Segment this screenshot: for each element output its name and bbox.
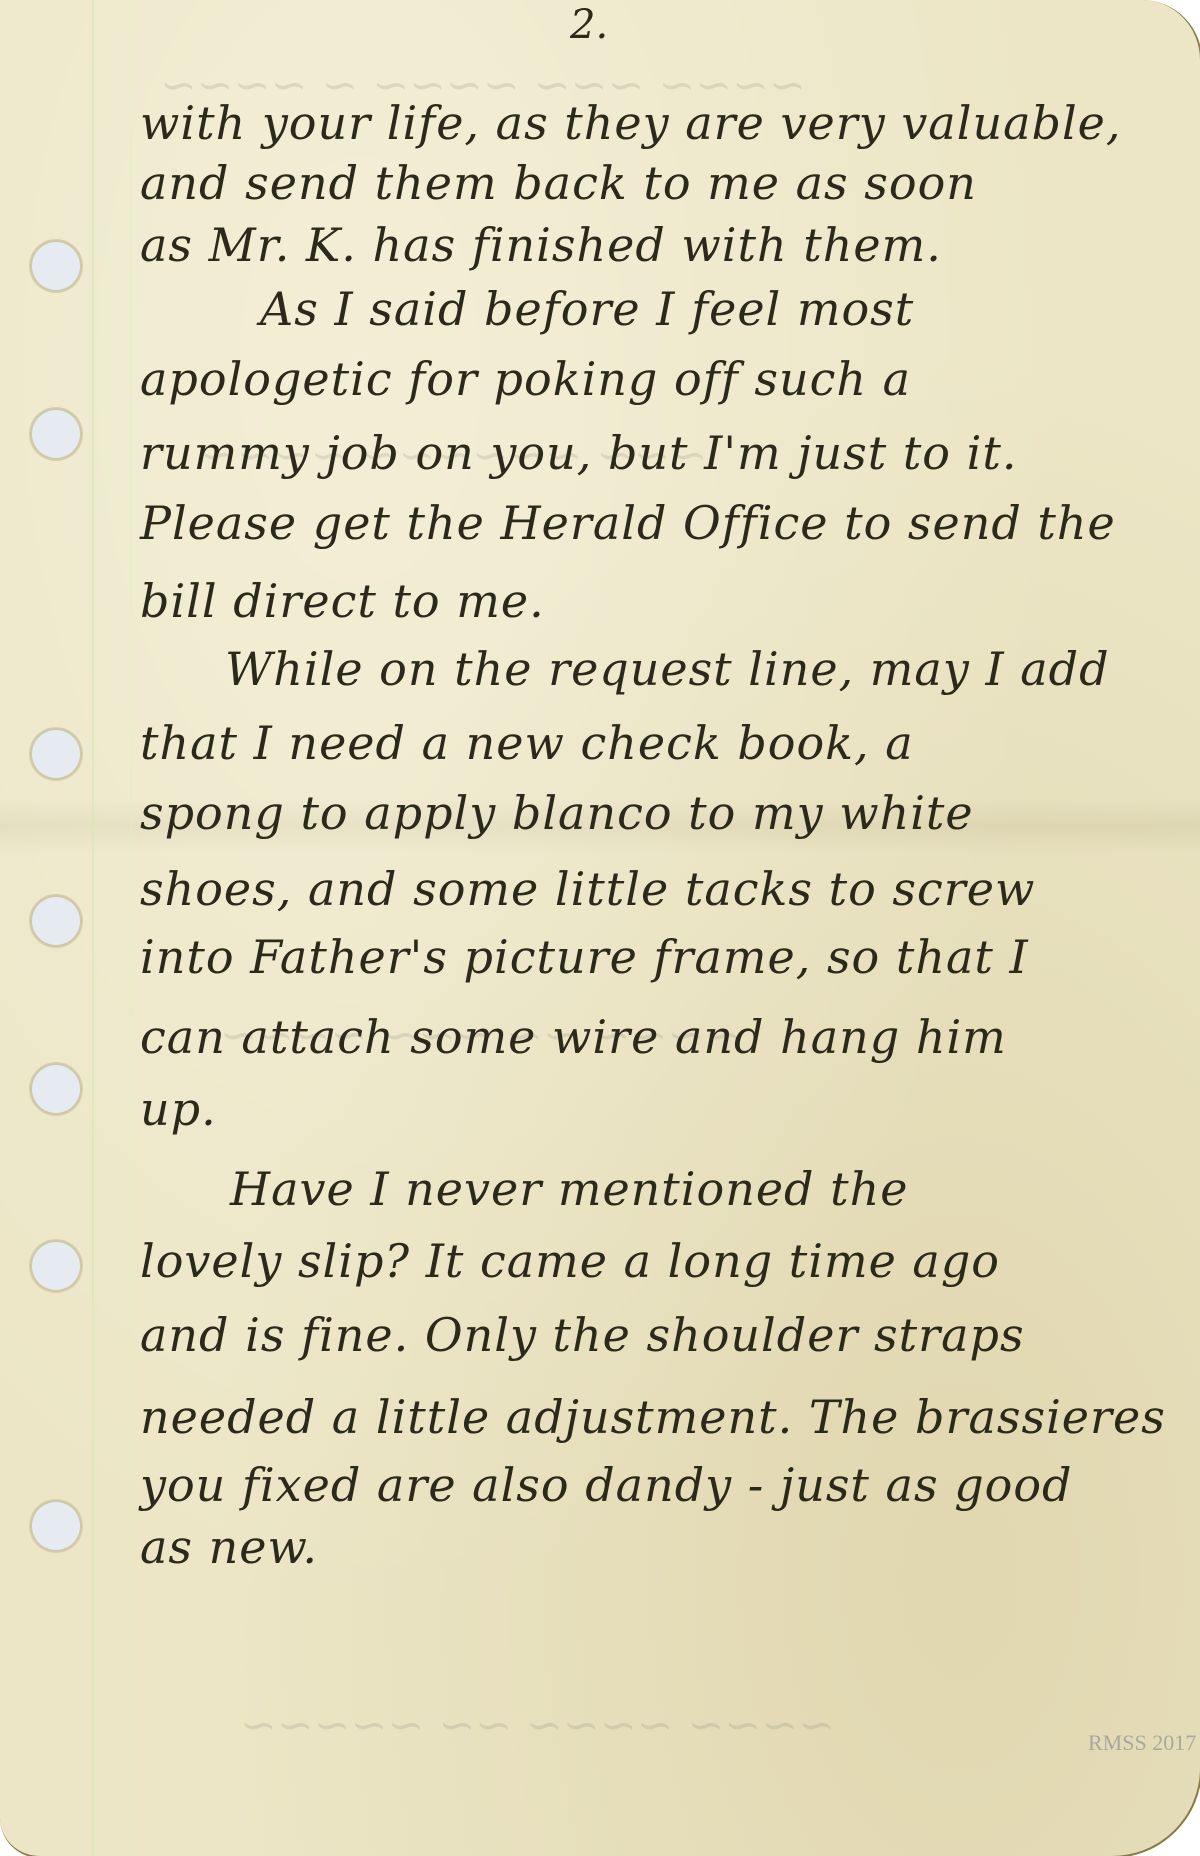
handwritten-line: Please get the Herald Office to send the [140,496,1116,550]
handwritten-line: apologetic for poking off such a [140,352,911,406]
margin-line [92,0,94,1856]
handwritten-line: Have I never mentioned the [230,1162,908,1216]
binder-hole [30,895,82,947]
handwritten-line: spong to apply blanco to my white [140,786,974,840]
handwritten-line: as Mr. K. has finished with them. [140,218,942,272]
handwritten-line: can attach some wire and hang him [140,1010,1007,1064]
handwritten-line: you fixed are also dandy - just as good [140,1458,1072,1512]
handwritten-line: and send them back to me as soon [140,156,977,210]
handwritten-line: lovely slip? It came a long time ago [140,1234,1000,1288]
binder-hole [30,728,82,780]
handwritten-line: shoes, and some little tacks to screw [140,862,1035,916]
handwritten-line: While on the request line, may I add [225,642,1110,696]
handwritten-line: rummy job on you, but I'm just to it. [140,426,1017,480]
binder-hole [30,408,82,460]
binder-hole [30,1063,82,1115]
binder-hole [30,1240,82,1292]
handwritten-line: that I need a new check book, a [140,716,914,770]
handwritten-line: bill direct to me. [140,574,545,628]
handwritten-line: as new. [140,1520,318,1574]
handwritten-line: As I said before I feel most [260,282,914,336]
binder-hole [30,240,82,292]
binder-hole [30,1500,82,1552]
page-number: 2. [570,2,608,48]
handwritten-line: and is fine. Only the shoulder straps [140,1308,1025,1362]
handwritten-line: with your life, as they are very valuabl… [140,96,1122,150]
margin-line-faint [130,0,132,1856]
bleed-through-text: ~~~~ ~~~~ ~~ ~~~~~ [240,1700,835,1751]
archive-watermark: RMSS 2017 [1088,1730,1196,1756]
handwritten-line: up. [140,1082,217,1136]
handwritten-line: into Father's picture frame, so that I [140,930,1029,984]
handwritten-line: needed a little adjustment. The brassier… [140,1390,1166,1444]
letter-page: ~~~~ ~~~ ~~~~ ~ ~~~~ ~~~ ~~~~~~ ~~~~ ~~~… [0,0,1200,1856]
